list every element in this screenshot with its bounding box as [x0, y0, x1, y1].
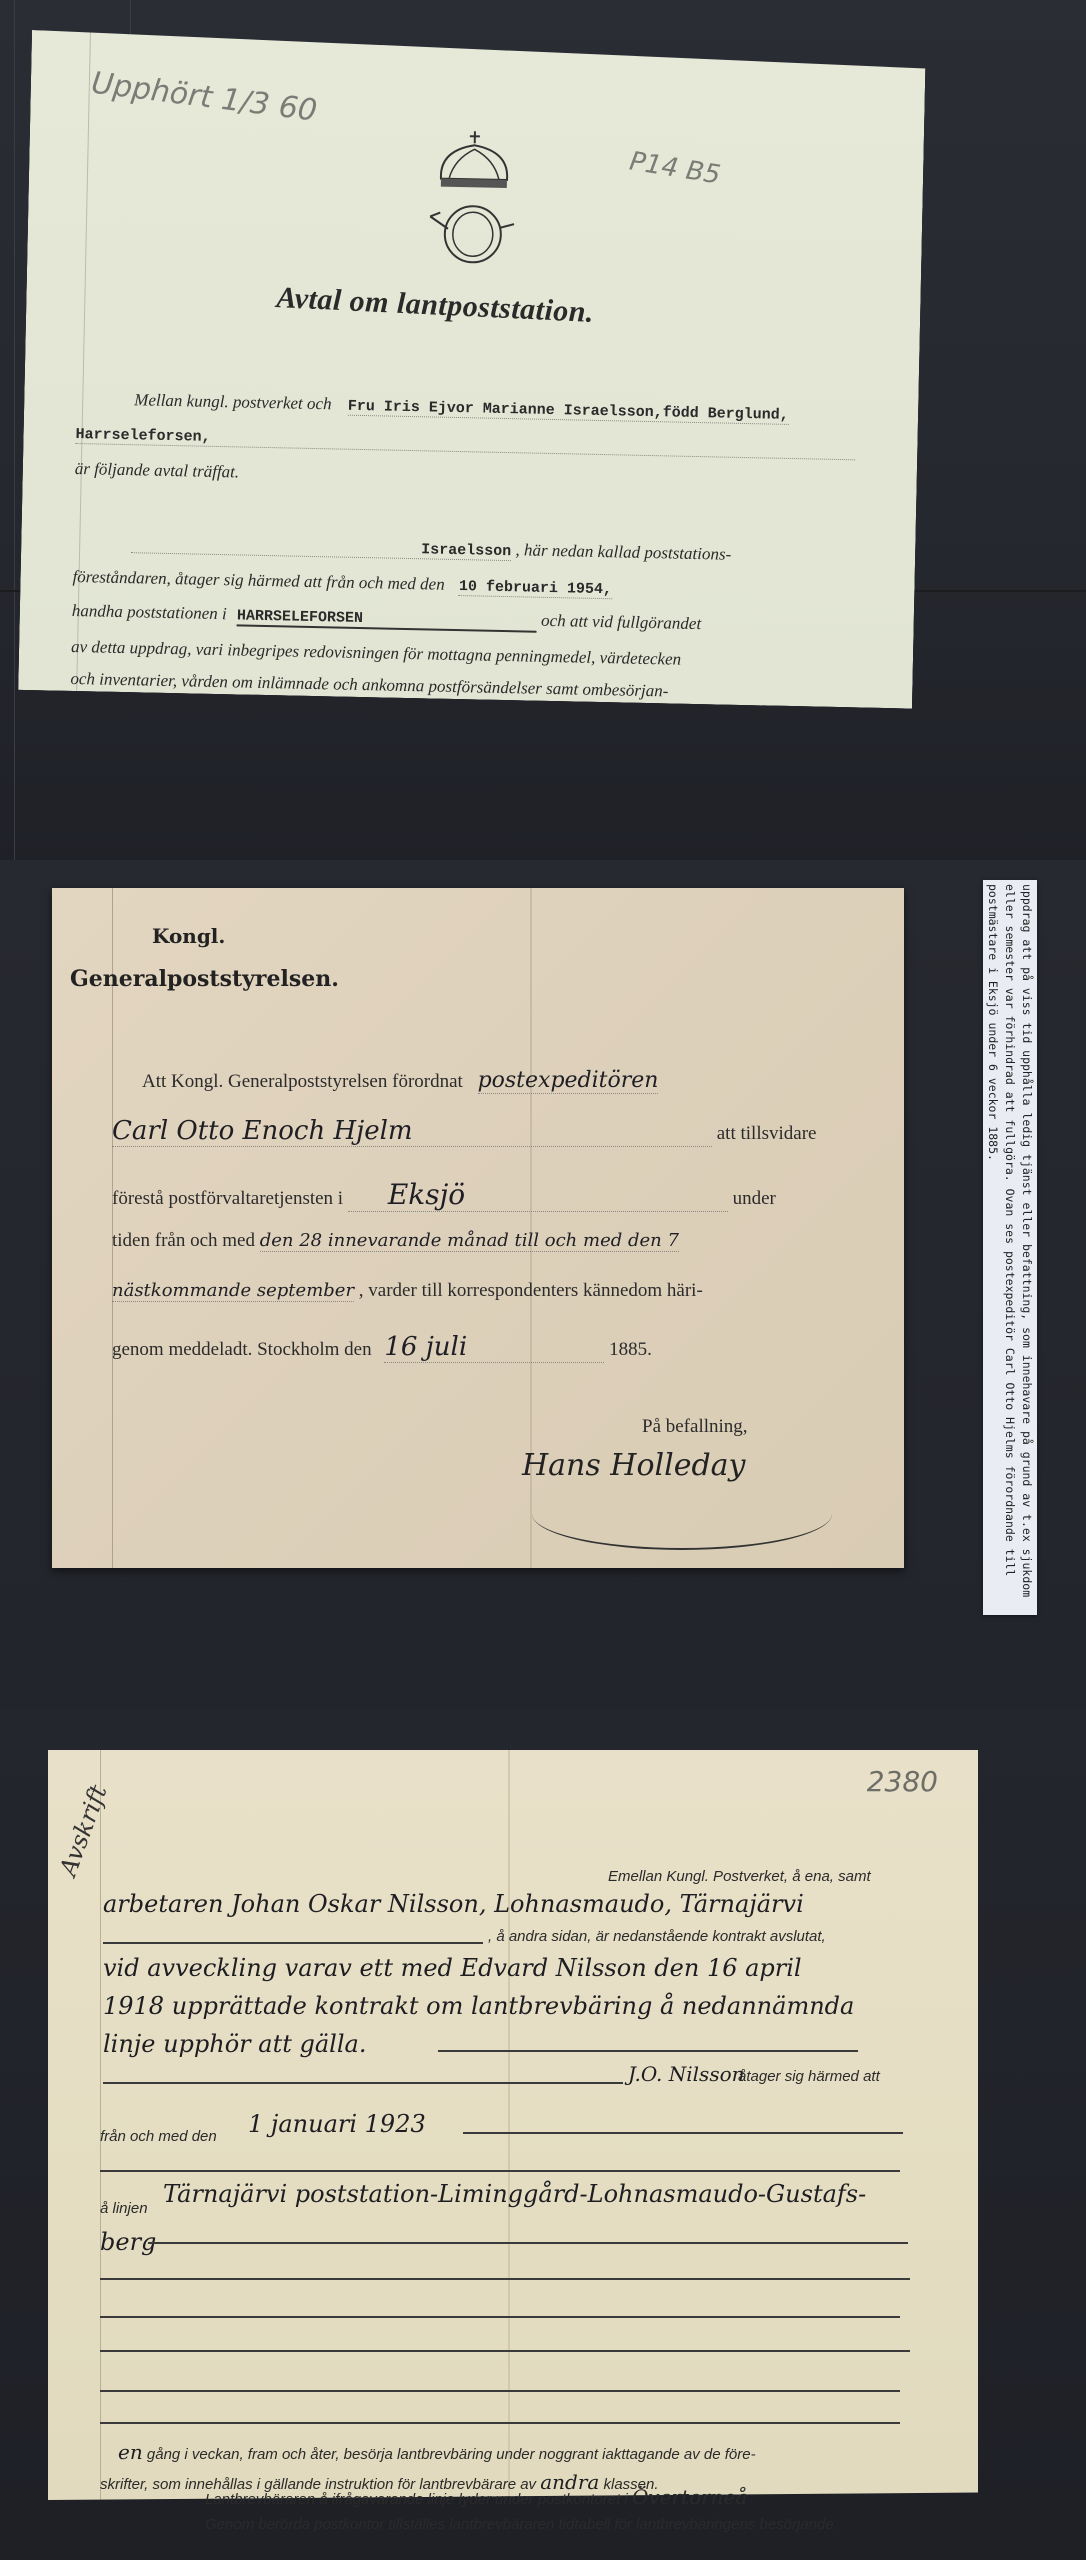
form-rule	[100, 2278, 910, 2280]
handwritten-period-end: nästkommande september	[112, 1280, 354, 1302]
form-rule	[100, 2170, 900, 2172]
agreement-line-7: av detta uppdrag, vari inbegripes redovi…	[71, 637, 681, 670]
appointment-line-5: nästkommande september , varder till kor…	[112, 1280, 703, 1302]
handwritten-clause-2: 1918 upprättade kontrakt om lantbrevbäri…	[103, 1992, 854, 2020]
printed-text: att tillsvidare	[717, 1123, 817, 1144]
contract-line-14: Genom berörda postkontor tillställes lan…	[205, 2516, 838, 2533]
form-rule	[103, 1942, 483, 1944]
handwritten-clause-3: linje upphör att gälla.	[103, 2030, 366, 2058]
handwritten-name: Carl Otto Enoch Hjelm	[112, 1116, 712, 1147]
printed-text: Lantbrevbäraren å ifrågavarande linje ly…	[205, 2491, 628, 2508]
handwritten-title: postexpeditören	[478, 1068, 659, 1094]
typed-surname: Israelsson	[131, 535, 511, 561]
form-rule	[438, 2050, 858, 2052]
printed-text: Mellan kungl. postverket och	[134, 390, 332, 413]
closing-text: På befallning,	[642, 1416, 748, 1438]
form-rule	[100, 2316, 900, 2318]
header-kongl: Kongl.	[152, 924, 225, 948]
agreement-line-1: Mellan kungl. postverket och Fru Iris Ej…	[134, 390, 789, 424]
printed-text: och att vid fullgörandet	[541, 611, 701, 633]
handwritten-frequency: en	[118, 2440, 143, 2464]
printed-text: tiden från och med	[112, 1230, 255, 1251]
pencil-number: 2380	[867, 1765, 938, 1798]
contract-line-11: en gång i veckan, fram och åter, besörja…	[118, 2440, 756, 2464]
handwritten-route: Tärnajärvi poststation-Liminggård-Lohnas…	[163, 2180, 866, 2208]
handwritten-signatory: J.O. Nilsson	[628, 2062, 745, 2086]
pencil-note-reference: P14 B5	[627, 146, 722, 190]
contract-line-3: , å andra sidan, är nedanstående kontrak…	[488, 1928, 826, 1945]
handwritten-party: arbetaren Johan Oskar Nilsson, Lohnasmau…	[103, 1890, 804, 1918]
appointment-line-6: genom meddeladt. Stockholm den 16 juli 1…	[112, 1332, 652, 1363]
document-title: Avtal om lantpoststation.	[276, 281, 595, 330]
handwritten-period: den 28 innevarande månad till och med de…	[260, 1230, 679, 1252]
document-generalpoststyrelsen-appointment: Kongl. Generalpoststyrelsen. Att Kongl. …	[52, 888, 904, 1568]
header-generalpoststyrelsen: Generalpoststyrelsen.	[70, 966, 339, 992]
paper-crease	[508, 1750, 510, 2500]
typed-name: Fru Iris Ejvor Marianne Israelsson,född …	[348, 398, 789, 425]
handwritten-start-date: 1 januari 1923	[248, 2110, 426, 2138]
agreement-line-5: föreståndaren, åtager sig härmed att frå…	[72, 567, 612, 598]
appointment-line-2: Carl Otto Enoch Hjelm att tillsvidare	[112, 1116, 816, 1147]
form-rule	[100, 2390, 900, 2392]
handwritten-post-office: Övertorneå	[632, 2485, 747, 2509]
explanatory-label: uppdrag att på viss tid upphålla ledig t…	[983, 880, 1037, 1615]
agreement-line-2: Harrseleforsen,	[75, 423, 855, 460]
margin-line	[100, 1750, 101, 2500]
contract-line-7: åtager sig härmed att	[738, 2068, 880, 2085]
handwritten-clause-1: vid avveckling varav ett med Edvard Nils…	[103, 1954, 802, 1982]
typed-station: HARRSELEFORSEN	[237, 607, 537, 632]
appointment-line-1: Att Kongl. Generalpoststyrelsen förordna…	[142, 1068, 658, 1093]
form-rule	[148, 2242, 908, 2244]
printed-text: handha poststationen i	[72, 601, 227, 623]
contract-line-1: Emellan Kungl. Postverket, å ena, samt	[608, 1868, 871, 1885]
form-rule	[463, 2132, 903, 2134]
agreement-line-6: handha poststationen i HARRSELEFORSEN oc…	[72, 601, 702, 636]
printed-text: genom meddeladt. Stockholm den	[112, 1339, 372, 1360]
signature-flourish	[532, 1478, 832, 1550]
form-rule	[100, 2350, 910, 2352]
printed-text: , varder till korrespondenters kännedom …	[359, 1280, 703, 1301]
album-rail	[14, 0, 15, 860]
agreement-line-4: Israelsson , här nedan kallad poststatio…	[131, 532, 731, 566]
contract-line-8-label: från och med den	[100, 2128, 217, 2145]
agreement-line-3: är följande avtal träffat.	[75, 459, 240, 482]
appointment-line-3: förestå postförvaltaretjensten i Eksjö u…	[112, 1178, 776, 1212]
contract-line-9-label: å linjen	[100, 2200, 148, 2217]
printed-text: gång i veckan, fram och åter, besörja la…	[147, 2446, 756, 2463]
form-rule	[103, 2082, 623, 2084]
typed-date: 10 februari 1954,	[459, 578, 612, 599]
explanatory-label-text: uppdrag att på viss tid upphålla ledig t…	[983, 880, 1037, 1615]
document-lantpoststation-agreement: Upphört 1/3 60 P14 B5 Avtal om lantposts…	[18, 30, 926, 709]
handwritten-place: Eksjö	[348, 1178, 728, 1212]
margin-note-avskrift: Avskrift	[54, 1781, 113, 1879]
margin-line	[76, 31, 91, 691]
contract-line-13: Lantbrevbäraren å ifrågavarande linje ly…	[205, 2485, 747, 2509]
document-lantbrevbaring-contract: Avskrift 2380 Emellan Kungl. Postverket,…	[48, 1750, 978, 2500]
typed-place: Harrseleforsen,	[75, 426, 855, 460]
printed-text: förestå postförvaltaretjensten i	[112, 1188, 343, 1209]
crown-and-posthorn-icon	[427, 128, 520, 270]
pencil-note-upphort: Upphört 1/3 60	[89, 66, 319, 129]
appointment-line-4: tiden från och med den 28 innevarande må…	[112, 1230, 679, 1252]
printed-text: , här nedan kallad poststations-	[515, 540, 731, 564]
printed-year: 1885.	[609, 1339, 652, 1360]
handwritten-date: 16 juli	[384, 1332, 604, 1363]
form-rule	[100, 2422, 900, 2424]
printed-text: Att Kongl. Generalpoststyrelsen förordna…	[142, 1071, 463, 1092]
printed-text: under	[733, 1188, 776, 1209]
printed-text: föreståndaren, åtager sig härmed att frå…	[72, 567, 445, 594]
